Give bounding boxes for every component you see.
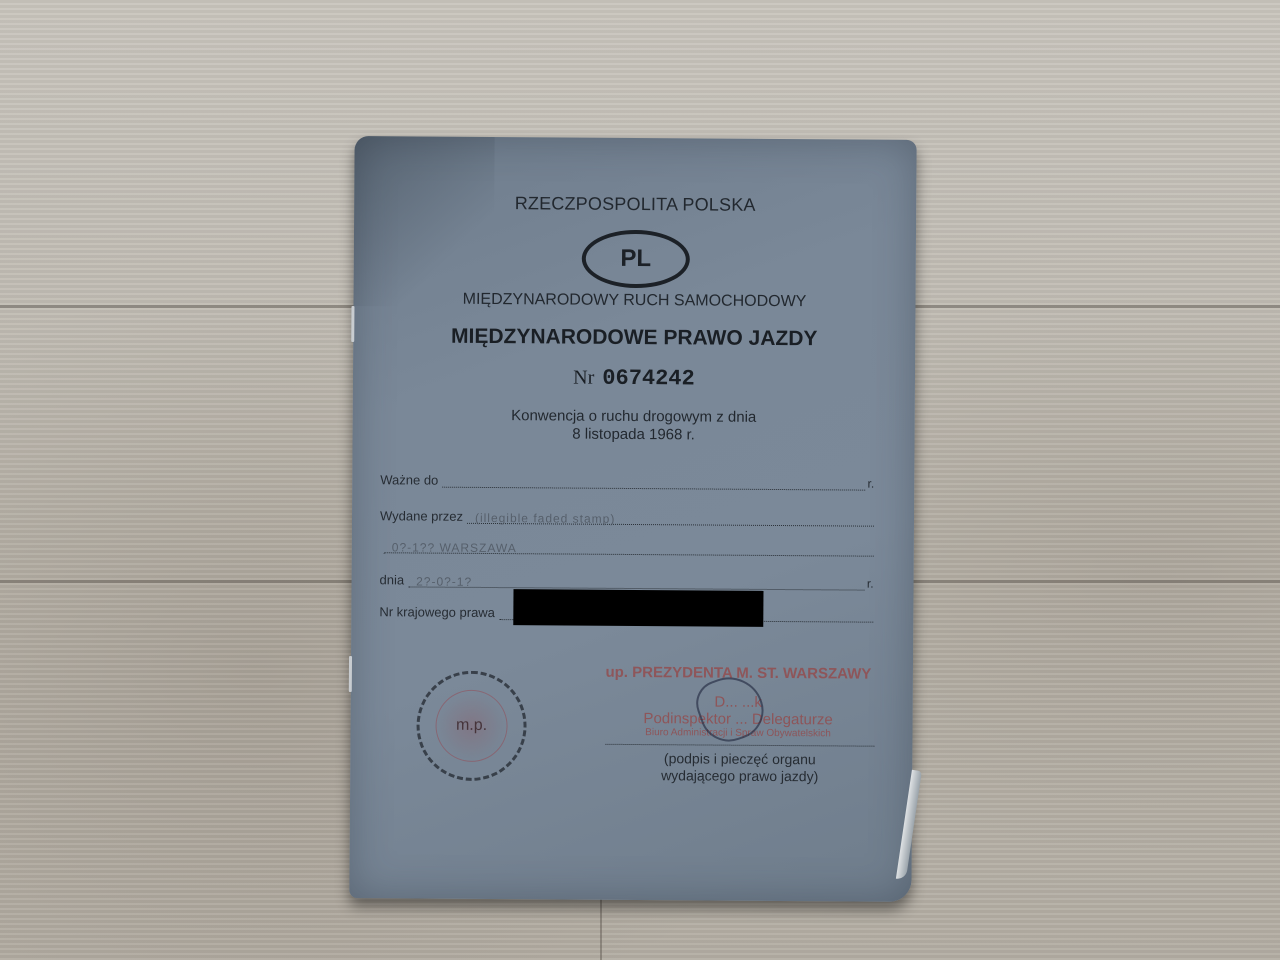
official-seal-stamp: m.p. bbox=[416, 670, 527, 781]
field-dotted-line: 0?-1?? WARSZAWA bbox=[384, 540, 874, 556]
staple bbox=[349, 656, 352, 692]
document-title: MIĘDZYNARODOWE PRAWO JAZDY bbox=[353, 324, 915, 352]
driving-permit-booklet: RZECZPOSPOLITA POLSKA PL MIĘDZYNARODOWY … bbox=[349, 136, 916, 902]
signature-dotted-line bbox=[605, 744, 874, 747]
field-dotted-line bbox=[442, 475, 865, 491]
field-label: Nr krajowego prawa bbox=[379, 604, 495, 620]
field-label: dnia bbox=[380, 572, 405, 587]
country-code-oval: PL bbox=[582, 230, 690, 289]
field-issued-by: Wydane przez (illegible faded stamp) bbox=[380, 508, 874, 526]
field-issuer-address: 0?-1?? WARSZAWA bbox=[380, 540, 874, 556]
subtitle: MIĘDZYNARODOWY RUCH SAMOCHODOWY bbox=[353, 290, 915, 312]
field-valid-until: Ważne do r. bbox=[380, 472, 874, 490]
convention-text: Konwencja o ruchu drogowym z dnia 8 list… bbox=[353, 406, 915, 446]
field-dotted-line: (illegible faded stamp) bbox=[467, 511, 874, 527]
republic-header: RZECZPOSPOLITA POLSKA bbox=[354, 192, 916, 217]
field-label: Ważne do bbox=[380, 472, 438, 487]
field-dotted-line: 2?-0?-1? bbox=[408, 574, 865, 590]
signature-caption: (podpis i pieczęć organu wydającego praw… bbox=[605, 750, 874, 786]
field-label: Wydane przez bbox=[380, 508, 463, 524]
convention-line-2: 8 listopada 1968 r. bbox=[353, 424, 915, 446]
number-value: 0674242 bbox=[602, 366, 695, 392]
seal-eagle-emblem: m.p. bbox=[435, 690, 508, 763]
redaction-bar bbox=[513, 589, 763, 627]
document-number: Nr0674242 bbox=[353, 364, 915, 393]
cover-fold-crease bbox=[353, 136, 494, 307]
number-label: Nr bbox=[573, 367, 594, 389]
field-issue-date: dnia 2?-0?-1? r. bbox=[380, 572, 874, 590]
